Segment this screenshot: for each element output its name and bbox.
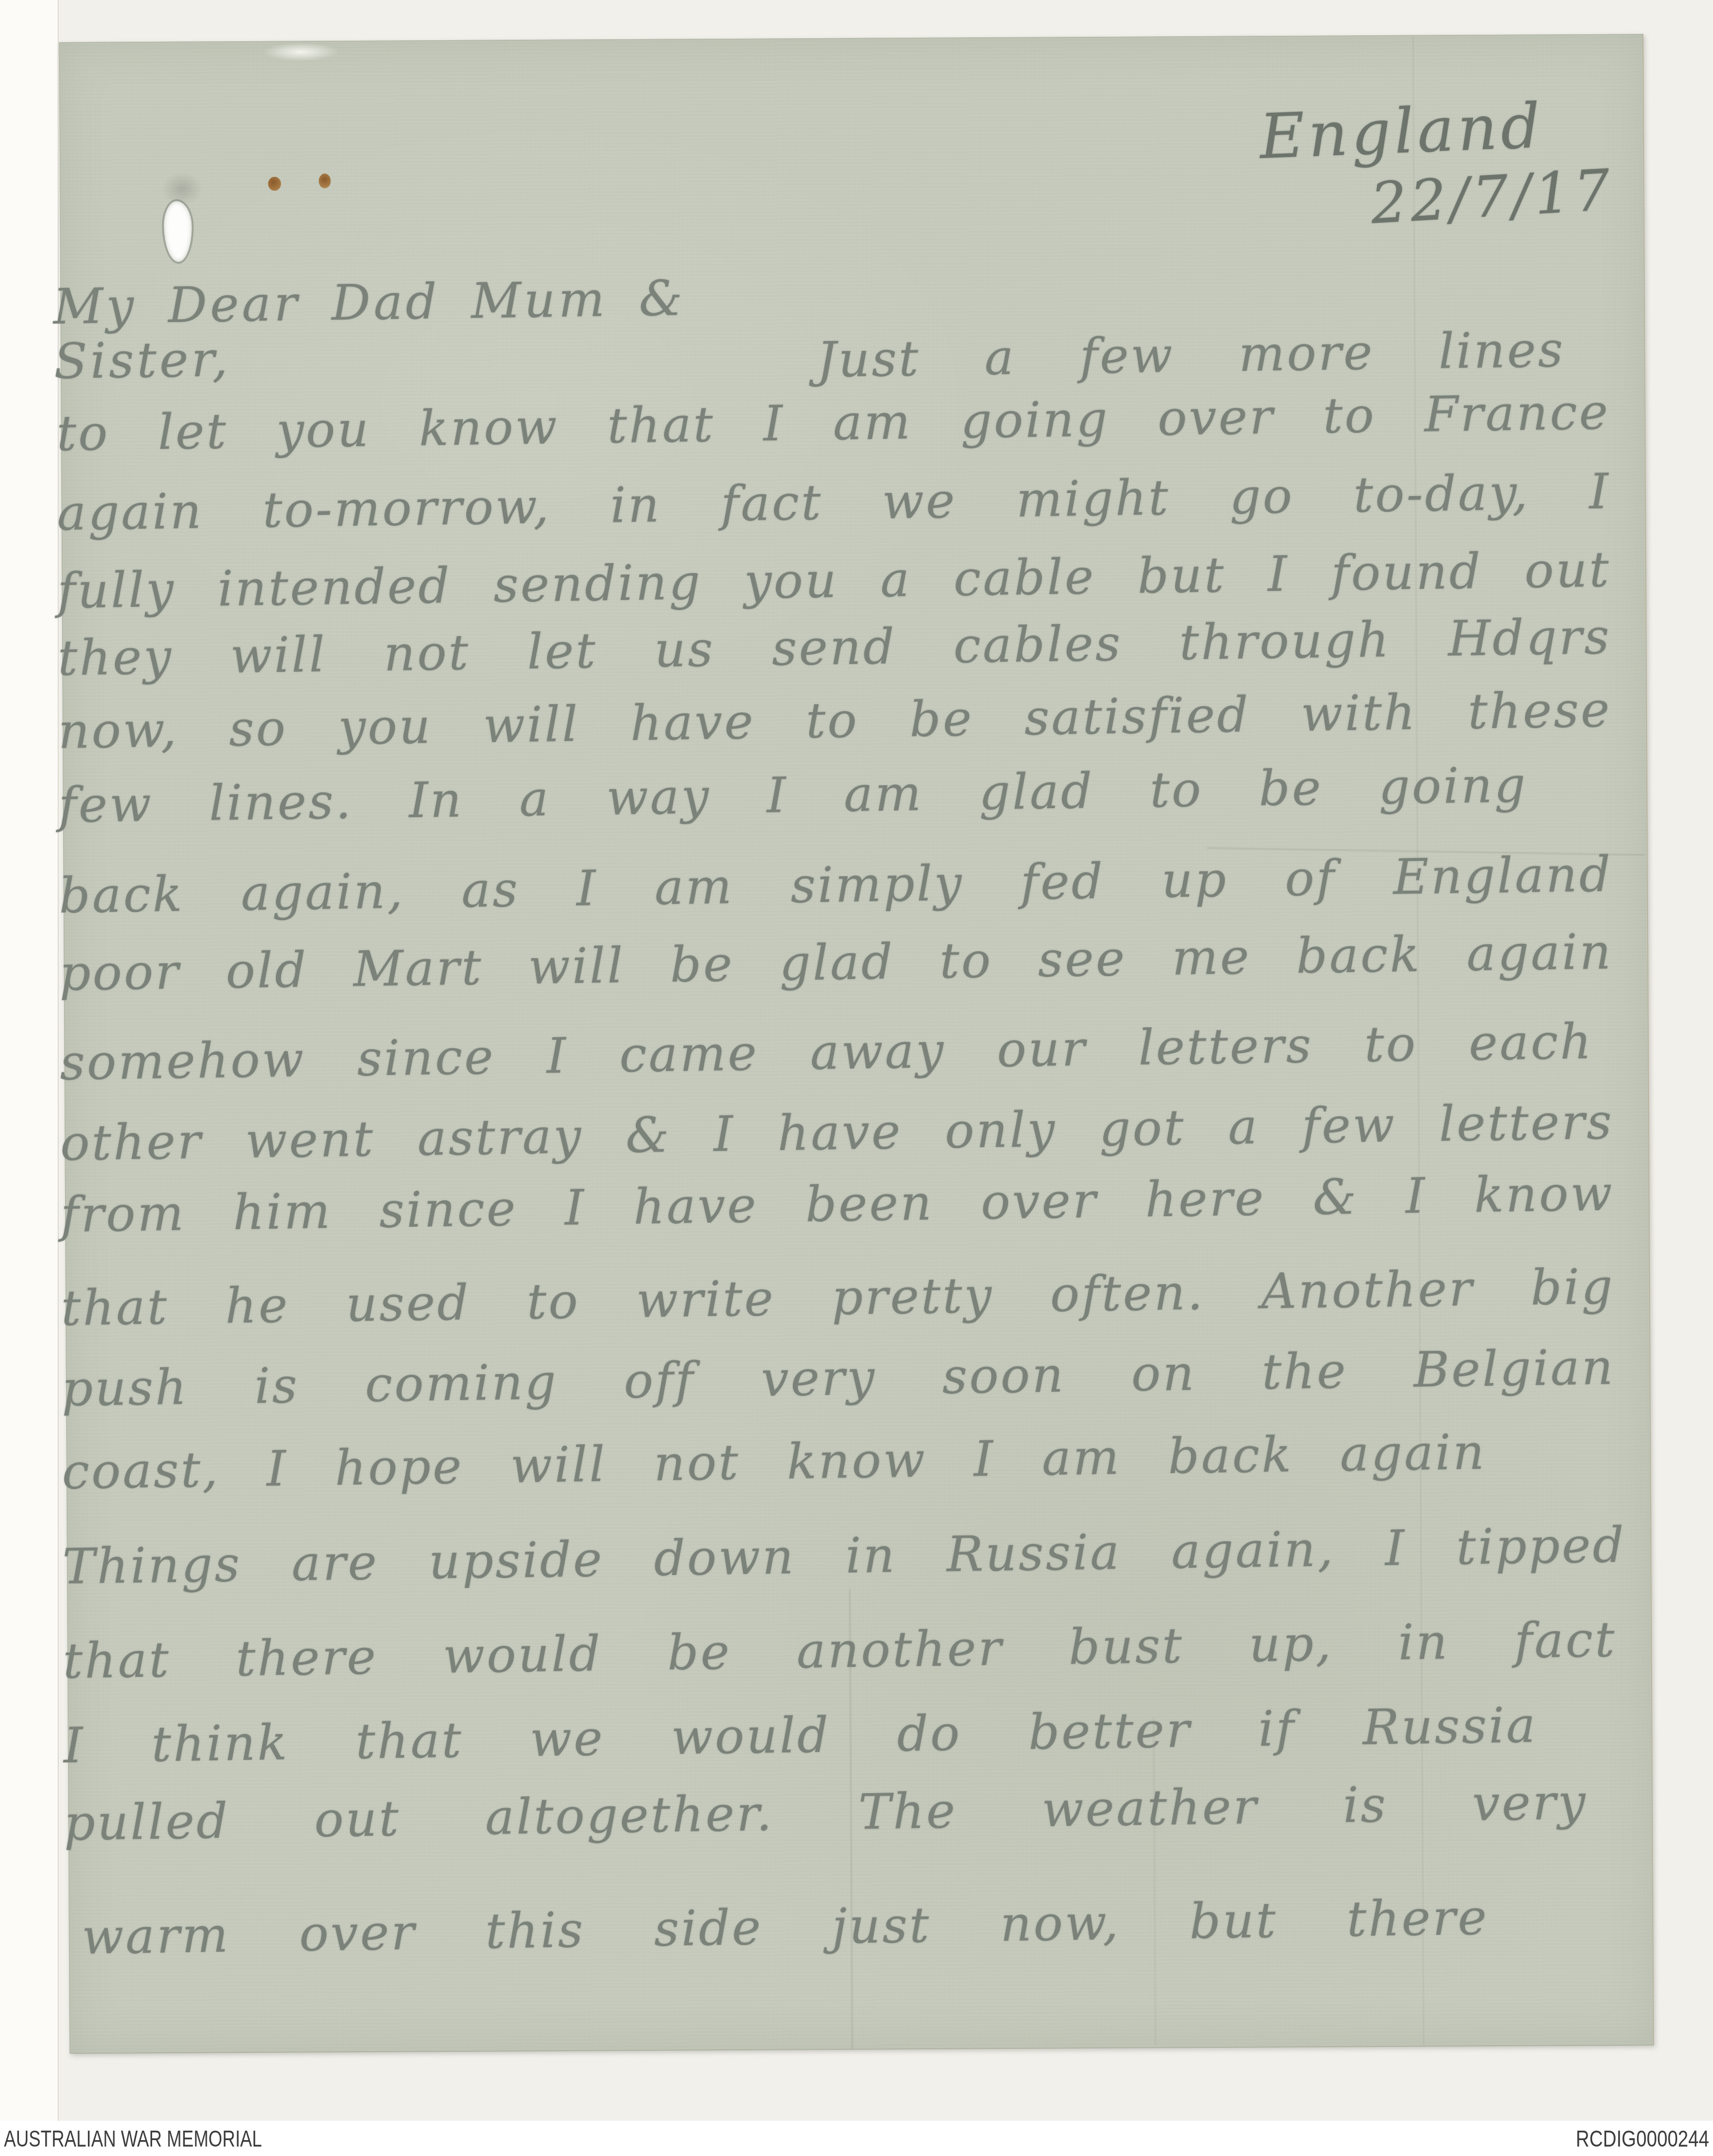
letter-line: fully intended sending you a cable but I… bbox=[57, 543, 1611, 619]
letter-location: England bbox=[1259, 93, 1545, 169]
footer-archive-name: AUSTRALIAN WAR MEMORIAL bbox=[4, 2125, 262, 2152]
letter-line: back again, as I am simply fed up of Eng… bbox=[59, 847, 1613, 923]
footer-bar: AUSTRALIAN WAR MEMORIAL RCDIG0000244 bbox=[0, 2121, 1713, 2156]
fold-crease-vertical bbox=[1153, 1717, 1156, 2045]
scanner-edge-strip bbox=[0, 0, 59, 2121]
letter-line: from him since I have been over here & I… bbox=[60, 1166, 1614, 1243]
rust-spot bbox=[268, 177, 281, 191]
scanned-letter-page: England 22/7/17 My Dear Dad Mum & Sister… bbox=[0, 0, 1713, 2156]
letter-line: again to-morrow, in fact we might go to-… bbox=[57, 465, 1611, 541]
letter-line: they will not let us send cables through… bbox=[58, 610, 1612, 686]
letter-line: warm over this side just now, but there bbox=[82, 1891, 1489, 1965]
letter-line: Things are upside down in Russia again, … bbox=[62, 1518, 1626, 1595]
letter-salutation: My Dear Dad Mum & Sister, bbox=[53, 270, 775, 390]
letter-date: 22/7/17 bbox=[1259, 159, 1616, 241]
letter-line: coast, I hope will not know I am back ag… bbox=[62, 1425, 1486, 1500]
letter-heading: England 22/7/17 bbox=[1260, 98, 1614, 232]
letter-line: somehow since I came away our letters to… bbox=[60, 1015, 1594, 1091]
letter-line: push is coming off very soon on the Belg… bbox=[61, 1340, 1615, 1416]
paper-edge-dent bbox=[254, 40, 348, 64]
rust-spot bbox=[319, 173, 331, 188]
letter-line: poor old Mart will be glad to see me bac… bbox=[59, 925, 1613, 1001]
letter-opening-line: Just a few more lines bbox=[816, 323, 1565, 388]
letter-line: other went astray & I have only got a fe… bbox=[60, 1095, 1614, 1171]
letter-line: now, so you will have to be satisfied wi… bbox=[58, 683, 1612, 759]
letter-line: I think that we would do better if Russi… bbox=[63, 1699, 1538, 1774]
letter-paper: England 22/7/17 My Dear Dad Mum & Sister… bbox=[59, 34, 1654, 2054]
letter-line: pulled out altogether. The weather is ve… bbox=[64, 1775, 1588, 1851]
paper-hole bbox=[164, 201, 192, 262]
footer-item-id: RCDIG0000244 bbox=[1576, 2125, 1709, 2152]
letter-line: few lines. In a way I am glad to be goin… bbox=[58, 758, 1528, 833]
letter-line: that he used to write pretty often. Anot… bbox=[61, 1260, 1615, 1336]
letter-line: that there would be another bust up, in … bbox=[63, 1613, 1617, 1689]
letter-line: to let you know that I am going over to … bbox=[56, 385, 1610, 461]
